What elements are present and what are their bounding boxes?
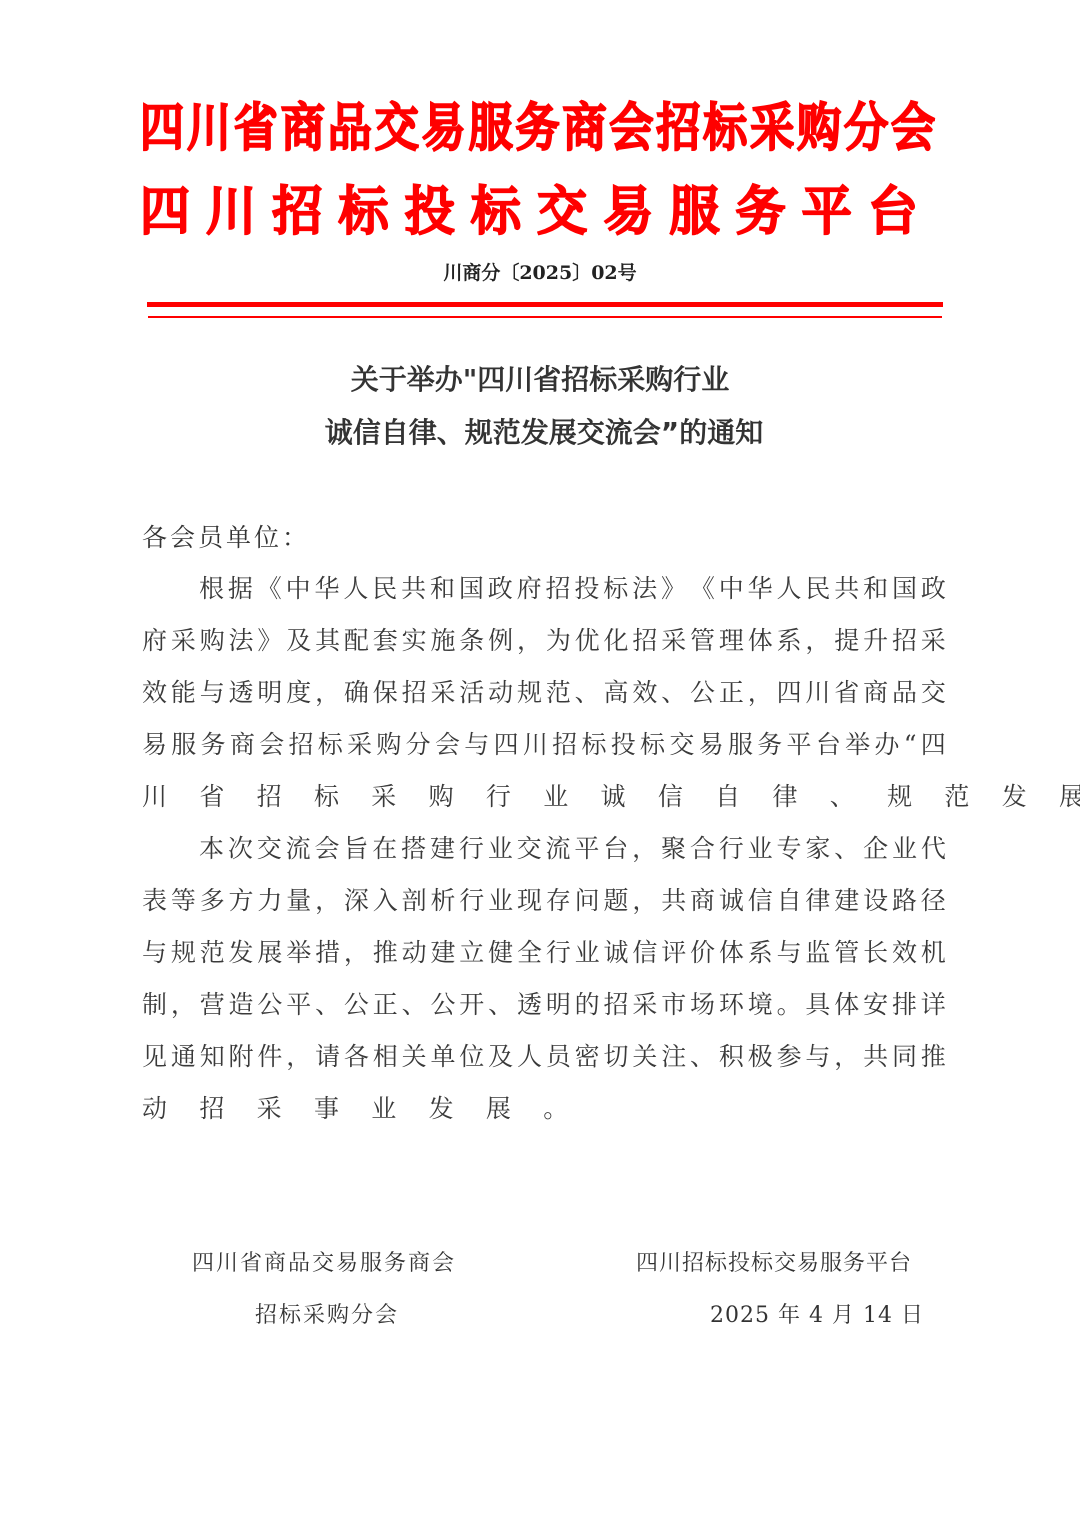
- glyph: 招: [288, 725, 313, 765]
- glyph: 动: [488, 673, 513, 713]
- glyph: 服: [171, 725, 196, 765]
- glyph: 、: [830, 777, 855, 817]
- glyph: 正: [373, 985, 398, 1025]
- glyph: 采: [371, 777, 396, 817]
- glyph: 人: [343, 569, 368, 609]
- glyph: 采: [632, 985, 657, 1025]
- glyph: 行: [459, 881, 484, 921]
- glyph: 标: [703, 92, 747, 165]
- glyph: 诚: [604, 933, 629, 973]
- glyph: 交: [375, 92, 419, 165]
- glyph: 发: [1002, 777, 1027, 817]
- glyph: 流: [546, 829, 571, 869]
- glyph: 能: [171, 673, 196, 713]
- glyph: 行: [459, 829, 484, 869]
- glyph: 、: [402, 985, 427, 1025]
- glyph: 行: [719, 829, 744, 869]
- glyph: 范: [546, 673, 571, 713]
- glyph: 系: [748, 933, 773, 973]
- glyph: 易: [422, 92, 466, 165]
- glyph: 招: [656, 92, 700, 165]
- glyph: 招: [402, 673, 427, 713]
- glyph: 代: [921, 829, 946, 869]
- signature-left-line-2: 招标采购分会: [255, 1300, 399, 1332]
- glyph: 共: [401, 569, 426, 609]
- glyph: 《: [690, 569, 715, 609]
- glyph: 川: [523, 725, 548, 765]
- glyph: 次: [228, 829, 253, 869]
- glyph: 规: [887, 777, 912, 817]
- glyph: 明: [546, 985, 571, 1025]
- glyph: 本: [199, 829, 224, 869]
- glyph: 交: [257, 829, 282, 869]
- glyph: 华: [748, 569, 773, 609]
- glyph: 标: [640, 725, 665, 765]
- glyph: 招: [632, 621, 657, 661]
- glyph: 效: [142, 673, 167, 713]
- glyph: 环: [719, 985, 744, 1025]
- glyph: 政: [921, 569, 946, 609]
- glyph: 入: [373, 881, 398, 921]
- glyph: 具: [805, 985, 830, 1025]
- glyph: 明: [257, 673, 282, 713]
- glyph: 同: [892, 1037, 917, 1077]
- glyph: 商: [230, 725, 255, 765]
- glyph: 省: [234, 92, 278, 165]
- glyph: 条: [459, 621, 484, 661]
- glyph: 其: [315, 621, 340, 661]
- glyph: 诚: [601, 777, 626, 817]
- glyph: 及: [488, 1037, 513, 1077]
- notice-title-line-1: 关于举办"四川省招标采购行业: [0, 360, 1080, 400]
- glyph: 保: [373, 673, 398, 713]
- glyph: 升: [863, 621, 888, 661]
- body-text-line: 动招采事业发展。: [142, 1089, 946, 1129]
- glyph: ，: [286, 1037, 311, 1077]
- glyph: 多: [200, 881, 225, 921]
- glyph: 国: [892, 569, 917, 609]
- glyph: 采: [347, 725, 372, 765]
- glyph: 业: [488, 829, 513, 869]
- glyph: 、: [661, 673, 686, 713]
- glyph: 正: [719, 673, 744, 713]
- glyph: 确: [344, 673, 369, 713]
- glyph: 专: [777, 829, 802, 869]
- signature-right-line-1: 四川招标投标交易服务平台: [636, 1248, 912, 1280]
- glyph: 长: [863, 933, 888, 973]
- glyph: 易: [142, 725, 167, 765]
- glyph: 采: [257, 1089, 282, 1129]
- glyph: 各: [344, 1037, 369, 1077]
- glyph: 购: [429, 777, 454, 817]
- glyph: 招: [604, 985, 629, 1025]
- body-text-line: 效能与透明度，确保招采活动规范、高效、公正，四川省商品交: [142, 673, 946, 713]
- glyph: 四: [140, 176, 190, 245]
- glyph: 业: [488, 881, 513, 921]
- glyph: 旨: [343, 829, 368, 869]
- glyph: 台: [816, 725, 841, 765]
- glyph: 采: [171, 621, 196, 661]
- glyph: 范: [944, 777, 969, 817]
- glyph: 聚: [661, 829, 686, 869]
- glyph: 省: [199, 777, 224, 817]
- glyph: 会: [891, 92, 935, 165]
- glyph: 业: [543, 777, 568, 817]
- glyph: 。: [543, 1089, 568, 1129]
- glyph: 力: [257, 881, 282, 921]
- glyph: 和: [863, 569, 888, 609]
- glyph: 。: [777, 985, 802, 1025]
- glyph: 关: [632, 1037, 657, 1077]
- glyph: 标: [314, 777, 339, 817]
- signature-date: 2025 年 4 月 14 日: [710, 1300, 924, 1332]
- glyph: 与: [805, 1037, 830, 1077]
- glyph: 见: [142, 1037, 167, 1077]
- glyph: 推: [373, 933, 398, 973]
- glyph: 密: [575, 1037, 600, 1077]
- glyph: 体: [834, 985, 859, 1025]
- glyph: 理: [719, 621, 744, 661]
- glyph: 办: [874, 725, 899, 765]
- glyph: 业: [892, 829, 917, 869]
- glyph: 价: [690, 933, 715, 973]
- glyph: ，: [632, 829, 657, 869]
- glyph: 四: [140, 92, 184, 165]
- salutation: 各会员单位：: [142, 518, 310, 558]
- glyph: 健: [488, 933, 513, 973]
- glyph: 平: [574, 829, 599, 869]
- glyph: 行: [546, 933, 571, 973]
- glyph: 行: [486, 777, 511, 817]
- glyph: 、: [690, 1037, 715, 1077]
- glyph: 务: [516, 92, 560, 165]
- glyph: 剖: [402, 881, 427, 921]
- glyph: 评: [661, 933, 686, 973]
- glyph: 》: [661, 569, 686, 609]
- glyph: 安: [863, 985, 888, 1025]
- glyph: 标: [339, 176, 389, 245]
- glyph: 系: [777, 621, 802, 661]
- glyph: 路: [892, 881, 917, 921]
- glyph: 员: [546, 1037, 571, 1077]
- glyph: 积: [719, 1037, 744, 1077]
- glyph: 购: [797, 92, 841, 165]
- glyph: 建: [430, 829, 455, 869]
- glyph: 体: [748, 621, 773, 661]
- glyph: 动: [402, 933, 427, 973]
- glyph: 企: [863, 829, 888, 869]
- glyph: 律: [805, 881, 830, 921]
- glyph: 为: [546, 621, 571, 661]
- body-text-line: 制，营造公平、公正、公开、透明的招采市场环境。具体安排详: [142, 985, 946, 1025]
- glyph: 易: [699, 725, 724, 765]
- body-text-line: 易服务商会招标采购分会与四川招标投标交易服务平台举办“四: [142, 725, 946, 765]
- glyph: 四: [494, 725, 519, 765]
- glyph: 场: [690, 985, 715, 1025]
- glyph: 台: [868, 176, 918, 245]
- glyph: 商: [863, 673, 888, 713]
- red-rule-thin: [148, 316, 942, 318]
- body-text-line: 表等多方力量，深入剖析行业现存问题，共商诚信自律建设路径: [142, 881, 946, 921]
- glyph: ，: [315, 673, 340, 713]
- glyph: 境: [748, 985, 773, 1025]
- glyph: 四: [921, 725, 946, 765]
- glyph: 平: [802, 176, 852, 245]
- glyph: 实: [402, 621, 427, 661]
- glyph: 务: [757, 725, 782, 765]
- glyph: 析: [430, 881, 455, 921]
- glyph: 在: [372, 829, 397, 869]
- glyph: 民: [805, 569, 830, 609]
- glyph: 会: [259, 725, 284, 765]
- glyph: ，: [805, 621, 830, 661]
- glyph: 品: [892, 673, 917, 713]
- glyph: 投: [611, 725, 636, 765]
- glyph: 采: [921, 621, 946, 661]
- glyph: 》: [257, 621, 282, 661]
- glyph: 采: [661, 621, 686, 661]
- glyph: 事: [314, 1089, 339, 1129]
- glyph: 会: [315, 829, 340, 869]
- glyph: 透: [229, 673, 254, 713]
- glyph: 川: [142, 777, 167, 817]
- body-text-line: 见通知附件，请各相关单位及人员密切关注、积极参与，共同推: [142, 1037, 946, 1077]
- glyph: 措: [315, 933, 340, 973]
- body-text-line: 与规范发展举措，推动建立健全行业诚信评价体系与监管长效机: [142, 933, 946, 973]
- glyph: 营: [200, 985, 225, 1025]
- glyph: 效: [632, 673, 657, 713]
- glyph: 流: [286, 829, 311, 869]
- glyph: 平: [286, 985, 311, 1025]
- glyph: 题: [604, 881, 629, 921]
- glyph: 商: [562, 92, 606, 165]
- glyph: 建: [430, 933, 455, 973]
- glyph: 提: [834, 621, 859, 661]
- glyph: 政: [488, 569, 513, 609]
- glyph: 采: [750, 92, 794, 165]
- glyph: 分: [844, 92, 888, 165]
- glyph: 共: [834, 569, 859, 609]
- glyph: 的: [575, 985, 600, 1025]
- document-page: 四川省商品交易服务商会招标采购分会 四川招标投标交易服务平台 川商分〔2025〕…: [0, 0, 1080, 1527]
- glyph: 发: [229, 933, 254, 973]
- glyph: 范: [200, 933, 225, 973]
- glyph: 体: [719, 933, 744, 973]
- body-text-line: 本次交流会旨在搭建行业交流平台，聚合行业专家、企业代: [199, 829, 946, 869]
- glyph: 立: [459, 933, 484, 973]
- glyph: 人: [517, 1037, 542, 1077]
- glyph: 诚: [719, 881, 744, 921]
- glyph: 交: [669, 725, 694, 765]
- glyph: 会: [609, 92, 653, 165]
- glyph: 川: [206, 176, 256, 245]
- glyph: 家: [805, 829, 830, 869]
- glyph: 分: [406, 725, 431, 765]
- glyph: 信: [632, 933, 657, 973]
- glyph: 招: [552, 725, 577, 765]
- glyph: 通: [171, 1037, 196, 1077]
- letterhead-platform-name: 四川招标投标交易服务平台: [140, 178, 918, 244]
- glyph: ，: [834, 1037, 859, 1077]
- glyph: 法: [229, 621, 254, 661]
- glyph: 交: [517, 829, 542, 869]
- glyph: 设: [863, 881, 888, 921]
- glyph: 搭: [401, 829, 426, 869]
- glyph: 管: [834, 933, 859, 973]
- signature-left-line-1: 四川省商品交易服务商会: [192, 1248, 456, 1280]
- glyph: 招: [546, 569, 571, 609]
- glyph: 台: [603, 829, 628, 869]
- glyph: 根: [199, 569, 224, 609]
- glyph: 方: [229, 881, 254, 921]
- glyph: 《: [257, 569, 282, 609]
- glyph: 信: [658, 777, 683, 817]
- glyph: 注: [661, 1037, 686, 1077]
- glyph: 高: [604, 673, 629, 713]
- glyph: 服: [728, 725, 753, 765]
- glyph: 与: [464, 725, 489, 765]
- glyph: 共: [863, 1037, 888, 1077]
- glyph: 展: [1059, 777, 1080, 817]
- glyph: 、: [834, 829, 859, 869]
- glyph: 、: [315, 985, 340, 1025]
- glyph: 与: [777, 933, 802, 973]
- glyph: 施: [430, 621, 455, 661]
- glyph: 套: [373, 621, 398, 661]
- glyph: 举: [845, 725, 870, 765]
- glyph: 律: [772, 777, 797, 817]
- glyph: 业: [371, 1089, 396, 1129]
- glyph: 中: [719, 569, 744, 609]
- glyph: 平: [787, 725, 812, 765]
- notice-title-line-2: 诚信自律、规范发展交流会”的通知: [4, 413, 1080, 453]
- glyph: 发: [429, 1089, 454, 1129]
- glyph: 关: [402, 1037, 427, 1077]
- glyph: “: [904, 725, 917, 765]
- glyph: 量: [286, 881, 311, 921]
- glyph: 、: [488, 985, 513, 1025]
- glyph: 活: [459, 673, 484, 713]
- glyph: 监: [805, 933, 830, 973]
- glyph: 配: [344, 621, 369, 661]
- glyph: ，: [344, 933, 369, 973]
- glyph: 效: [892, 933, 917, 973]
- glyph: 标: [471, 176, 521, 245]
- glyph: 问: [575, 881, 600, 921]
- glyph: 府: [517, 569, 542, 609]
- glyph: 现: [517, 881, 542, 921]
- glyph: 度: [286, 673, 311, 713]
- glyph: 件: [257, 1037, 282, 1077]
- glyph: 易: [603, 176, 653, 245]
- glyph: 法: [632, 569, 657, 609]
- glyph: 规: [171, 933, 196, 973]
- glyph: 造: [229, 985, 254, 1025]
- glyph: 业: [748, 829, 773, 869]
- glyph: 四: [777, 673, 802, 713]
- letterhead-org-name: 四川省商品交易服务商会招标采购分会: [140, 98, 935, 160]
- glyph: 管: [690, 621, 715, 661]
- glyph: 公: [344, 985, 369, 1025]
- glyph: 参: [777, 1037, 802, 1077]
- glyph: 知: [200, 1037, 225, 1077]
- body-text-line: 府采购法》及其配套实施条例，为优化招采管理体系，提升招采: [142, 621, 946, 661]
- glyph: 单: [430, 1037, 455, 1077]
- glyph: 商: [281, 92, 325, 165]
- glyph: 交: [537, 176, 587, 245]
- glyph: 自: [715, 777, 740, 817]
- glyph: 化: [604, 621, 629, 661]
- glyph: 展: [486, 1089, 511, 1129]
- glyph: 人: [777, 569, 802, 609]
- glyph: 府: [142, 621, 167, 661]
- glyph: 与: [142, 933, 167, 973]
- glyph: 川: [805, 673, 830, 713]
- glyph: 国: [459, 569, 484, 609]
- glyph: 市: [661, 985, 686, 1025]
- glyph: 业: [575, 933, 600, 973]
- glyph: 、: [575, 673, 600, 713]
- glyph: 展: [257, 933, 282, 973]
- glyph: 信: [748, 881, 773, 921]
- glyph: 附: [229, 1037, 254, 1077]
- glyph: 详: [921, 985, 946, 1025]
- glyph: 机: [921, 933, 946, 973]
- glyph: 共: [661, 881, 686, 921]
- glyph: 交: [921, 673, 946, 713]
- glyph: 深: [344, 881, 369, 921]
- glyph: 华: [315, 569, 340, 609]
- glyph: 相: [373, 1037, 398, 1077]
- glyph: 标: [581, 725, 606, 765]
- glyph: 招: [257, 777, 282, 817]
- glyph: 例: [488, 621, 513, 661]
- glyph: 自: [777, 881, 802, 921]
- glyph: 建: [834, 881, 859, 921]
- glyph: 务: [201, 725, 226, 765]
- glyph: 规: [517, 673, 542, 713]
- body-text-line: 川省招标采购行业诚信自律、规范发展交流会”。: [142, 777, 946, 817]
- glyph: 采: [430, 673, 455, 713]
- glyph: 公: [430, 985, 455, 1025]
- glyph: 会: [435, 725, 460, 765]
- glyph: 投: [574, 569, 599, 609]
- glyph: 优: [575, 621, 600, 661]
- glyph: ，: [315, 881, 340, 921]
- glyph: 动: [142, 1089, 167, 1129]
- glyph: 推: [921, 1037, 946, 1077]
- body-text-line: 根据《中华人民共和国政府招投标法》《中华人民共和国政: [199, 569, 946, 609]
- glyph: 公: [257, 985, 282, 1025]
- glyph: 表: [142, 881, 167, 921]
- glyph: 商: [690, 881, 715, 921]
- glyph: 标: [318, 725, 343, 765]
- glyph: 品: [328, 92, 372, 165]
- glyph: 务: [736, 176, 786, 245]
- glyph: ，: [517, 621, 542, 661]
- glyph: 招: [272, 176, 322, 245]
- glyph: ，: [748, 673, 773, 713]
- glyph: 及: [286, 621, 311, 661]
- glyph: 公: [690, 673, 715, 713]
- glyph: 等: [171, 881, 196, 921]
- glyph: 招: [199, 1089, 224, 1129]
- glyph: 切: [604, 1037, 629, 1077]
- glyph: 服: [669, 176, 719, 245]
- glyph: 招: [892, 621, 917, 661]
- glyph: 举: [286, 933, 311, 973]
- glyph: 请: [315, 1037, 340, 1077]
